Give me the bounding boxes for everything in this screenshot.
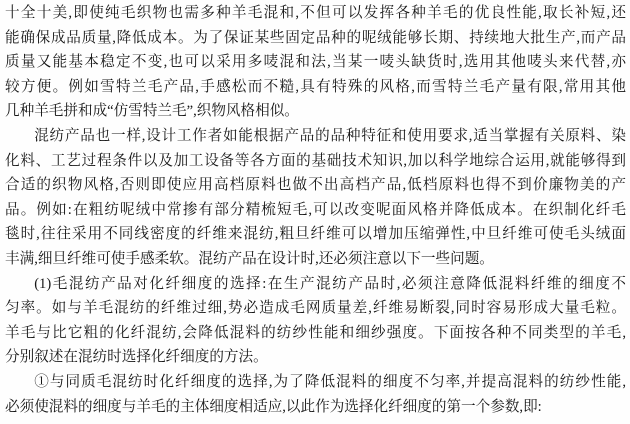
text-line: 十全十美,即使纯毛织物也需多种羊毛混和,不但可以发挥各种羊毛的优良性能,取长补短…: [5, 1, 626, 26]
text-line: 毯时,往往采用不同线密度的纤维来混纺,粗旦纤维可以增加压缩弹性,中旦纤维可使毛头…: [5, 222, 626, 247]
text-line: 丰满,细旦纤维可使手感柔软。混纺产品在设计时,还必须注意以下一些问题。: [5, 247, 626, 272]
text-line: 几种羊毛拼和成“仿雪特兰毛”,织物风格相似。: [5, 99, 626, 124]
text-line: 合适的织物风格,否则即使应用高档原料也做不出高档产品,低档原料也得不到价廉物美的…: [5, 173, 626, 198]
text-line: 羊毛与比它粗的化纤混纺,会降低混料的纺纱性能和细纱强度。下面按各种不同类型的羊毛…: [5, 321, 626, 346]
document-page: 十全十美,即使纯毛织物也需多种羊毛混和,不但可以发挥各种羊毛的优良性能,取长补短…: [0, 0, 630, 424]
text-line: 化料、工艺过程条件以及加工设备等各方面的基础技术知识,加以科学地综合运用,就能够…: [5, 149, 626, 174]
text-line: 质量又能基本稳定不变,也可以采用多唛混和法,当某一唛头缺货时,选用其他唛头来代替…: [5, 50, 626, 75]
text-line: ①与同质毛混纺时化纤细度的选择,为了降低混料的细度不匀率,并提高混料的纺纱性能,: [5, 370, 626, 395]
text-line: 较方便。例如雪特兰毛产品,手感松而不糙,具有特殊的风格,而雪特兰毛产量有限,常用…: [5, 75, 626, 100]
text-line: 分别叙述在混纺时选择化纤细度的方法。: [5, 345, 626, 370]
text-line: 混纺产品也一样,设计工作者如能根据产品的品种特征和使用要求,适当掌握有关原料、染: [5, 124, 626, 149]
text-line: 品。例如:在粗纺呢绒中常掺有部分精梳短毛,可以改变呢面风格并降低成本。在织制化纤…: [5, 198, 626, 223]
text-line: 能确保成品质量,降低成本。为了保证某些固定品种的呢绒能够长期、持续地大批生产,而…: [5, 26, 626, 51]
text-line: (1)毛混纺产品对化纤细度的选择:在生产混纺产品时,必须注意降低混料纤维的细度不: [5, 272, 626, 297]
text-line: 匀率。如与羊毛混纺的纤维过细,势必造成毛网质量差,纤维易断裂,同时容易形成大量毛…: [5, 296, 626, 321]
text-line: 必须使混料的细度与羊毛的主体细度相适应,以此作为选择化纤细度的第一个参数,即:: [5, 395, 626, 420]
